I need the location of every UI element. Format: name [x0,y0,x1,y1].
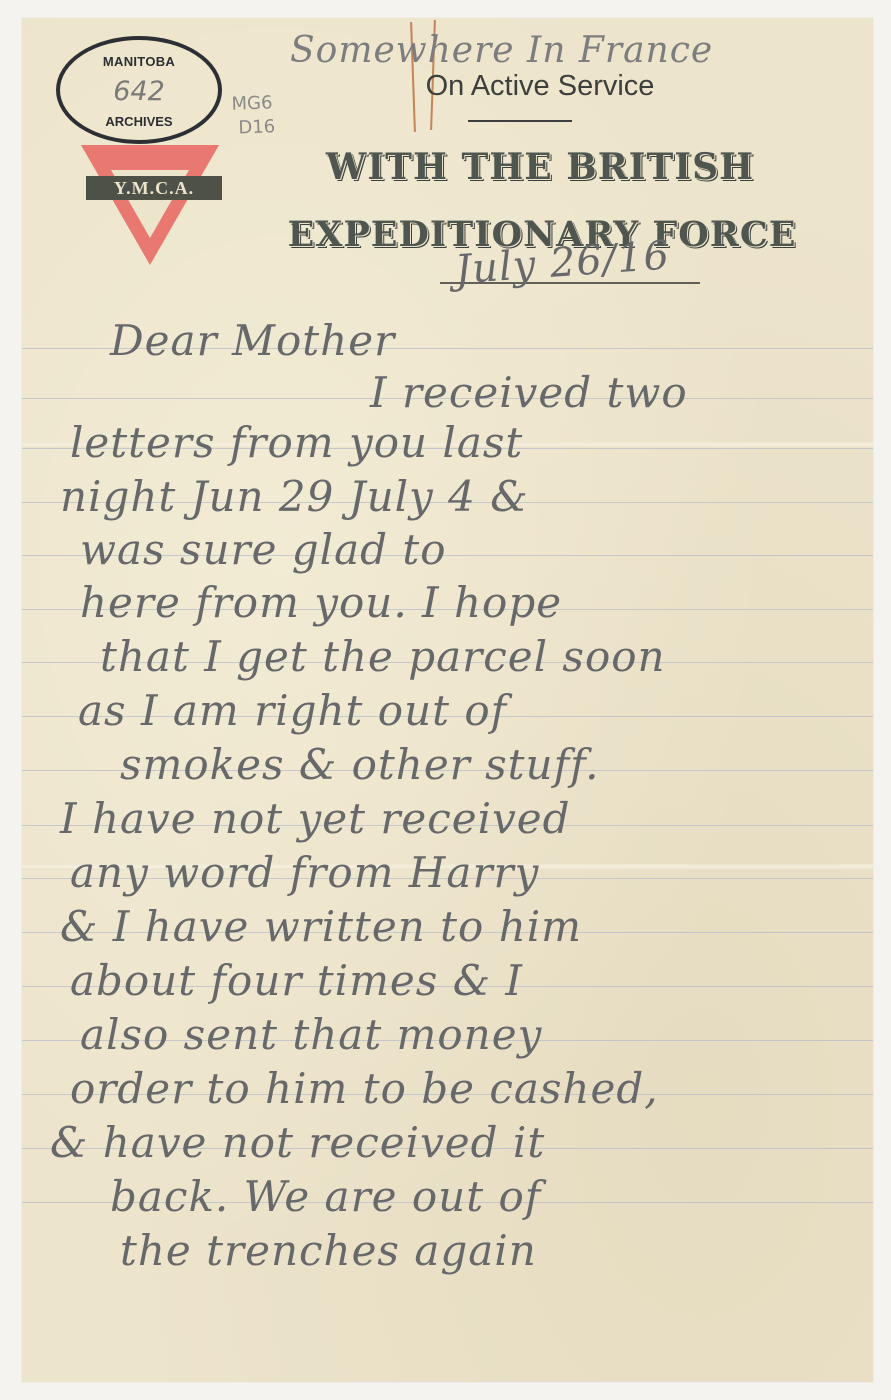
letter-line: also sent that money [80,1010,542,1059]
letter-line: the trenches again [120,1226,537,1275]
letter-line: order to him to be cashed, [70,1064,659,1113]
letter-line: here from you. I hope [80,578,562,627]
call-number-line1: MG6 [231,91,275,116]
salutation: Dear Mother [110,316,395,365]
archive-stamp: MANITOBA 642 ARCHIVES [56,36,222,144]
call-number-line2: D16 [232,115,276,140]
letter-line: letters from you last [70,418,523,467]
letter-line: about four times & I [70,956,523,1005]
letter-line: as I am right out of [78,686,507,735]
letter-line: smokes & other stuff. [120,740,600,789]
letterhead-tagline: On Active Service [380,70,700,103]
letter-line: back. We are out of [110,1172,541,1221]
letter-line: I have not yet received [60,794,571,843]
letter-line: night Jun 29 July 4 & [60,472,529,521]
letter-line: & I have written to him [60,902,582,951]
letter-line: any word from Harry [70,848,539,897]
letter-line: & have not received it [50,1118,545,1167]
letter-place: Somewhere In France [290,30,713,71]
letter-line: I received two [370,368,688,417]
stamp-top-text: MANITOBA [60,54,218,69]
stamp-bottom-text: ARCHIVES [60,114,218,129]
stamp-number: 642 [60,76,218,107]
letterhead-divider [468,120,572,122]
letterhead-heading-line1: WITH THE BRITISH [240,146,840,188]
ymca-logo-text: Y.M.C.A. [86,176,222,200]
letter-line: that I get the parcel soon [100,632,666,681]
call-number: MG6 D16 [231,91,275,140]
letter-line: was sure glad to [80,525,447,574]
